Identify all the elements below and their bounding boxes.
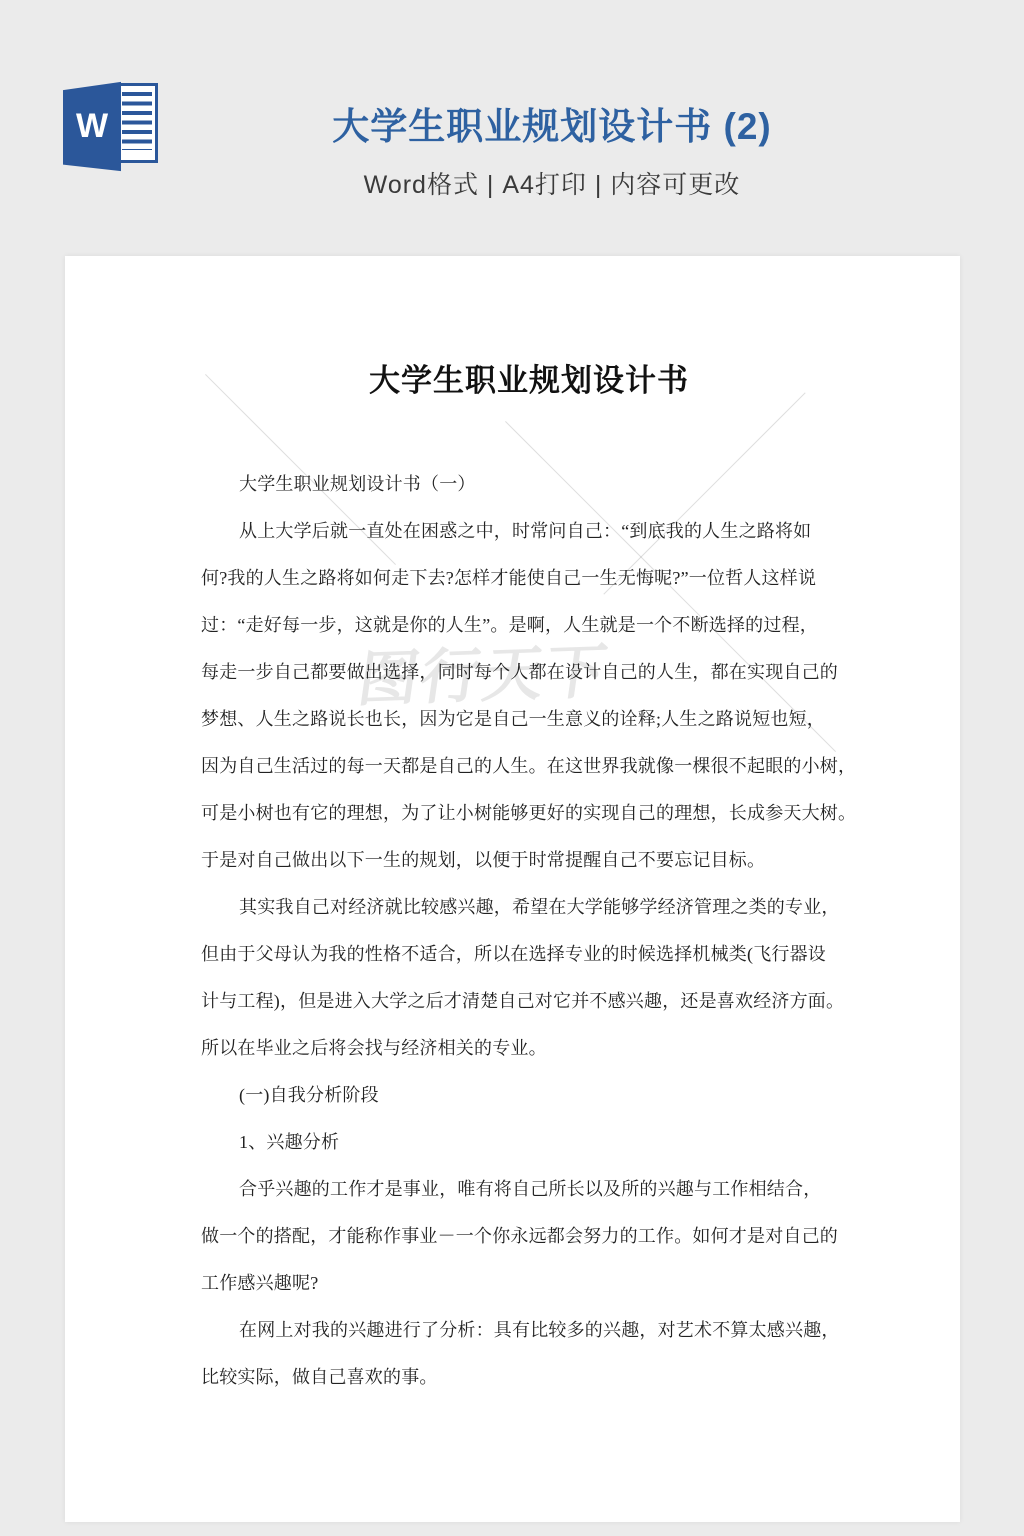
document-line: (一)自我分析阶段: [201, 1072, 857, 1119]
document-line: 合乎兴趣的工作才是事业，唯有将自己所长以及所的兴趣与工作相结合，: [201, 1166, 857, 1213]
document-line: 可是小树也有它的理想，为了让小树能够更好的实现自己的理想，长成参天大树。: [201, 790, 857, 837]
document-line: 但由于父母认为我的性格不适合，所以在选择专业的时候选择机械类(飞行器设: [201, 931, 857, 978]
document-line: 于是对自己做出以下一生的规划，以便于时常提醒自己不要忘记目标。: [201, 837, 857, 884]
document-line: 在网上对我的兴趣进行了分析：具有比较多的兴趣，对艺术不算太感兴趣，: [201, 1307, 857, 1354]
document-line: 过：“走好每一步，这就是你的人生”。是啊，人生就是一个不断选择的过程，: [201, 602, 857, 649]
document-line: 大学生职业规划设计书（一）: [201, 461, 857, 508]
page-title: 大学生职业规划设计书 (2): [140, 96, 964, 150]
document-line: 从上大学后就一直处在困惑之中，时常问自己：“到底我的人生之路将如: [201, 508, 857, 555]
document-line: 梦想、人生之路说长也长，因为它是自己一生意义的诠释;人生之路说短也短，: [201, 696, 857, 743]
document-line: 计与工程)，但是进入大学之后才清楚自己对它并不感兴趣，还是喜欢经济方面。: [201, 978, 857, 1025]
page-subtitle: Word格式 | A4打印 | 内容可更改: [140, 165, 964, 201]
document-lines: 大学生职业规划设计书（一）从上大学后就一直处在困惑之中，时常问自己：“到底我的人…: [201, 461, 857, 1401]
document-line: 比较实际，做自己喜欢的事。: [201, 1354, 857, 1401]
document-line: 工作感兴趣呢?: [201, 1260, 857, 1307]
document-body: 大学生职业规划设计书 大学生职业规划设计书（一）从上大学后就一直处在困惑之中，时…: [201, 356, 857, 1401]
document-line: 1、兴趣分析: [201, 1119, 857, 1166]
document-line: 所以在毕业之后将会找与经济相关的专业。: [201, 1025, 857, 1072]
document-line: 何?我的人生之路将如何走下去?怎样才能使自己一生无悔呢?”一位哲人这样说: [201, 555, 857, 602]
document-line: 因为自己生活过的每一天都是自己的人生。在这世界我就像一棵很不起眼的小树，: [201, 743, 857, 790]
document-line: 每走一步自己都要做出选择，同时每个人都在设计自己的人生，都在实现自己的: [201, 649, 857, 696]
document-title: 大学生职业规划设计书: [201, 356, 857, 406]
word-icon-letter: W: [76, 109, 108, 143]
header: 大学生职业规划设计书 (2) Word格式 | A4打印 | 内容可更改: [140, 96, 964, 201]
word-icon-blue-panel: W: [63, 80, 121, 172]
document-line: 做一个的搭配，才能称作事业－一个你永远都会努力的工作。如何才是对自己的: [201, 1213, 857, 1260]
document-line: 其实我自己对经济就比较感兴趣，希望在大学能够学经济管理之类的专业，: [201, 884, 857, 931]
document-page: 图行天下 大学生职业规划设计书 大学生职业规划设计书（一）从上大学后就一直处在困…: [65, 256, 960, 1522]
